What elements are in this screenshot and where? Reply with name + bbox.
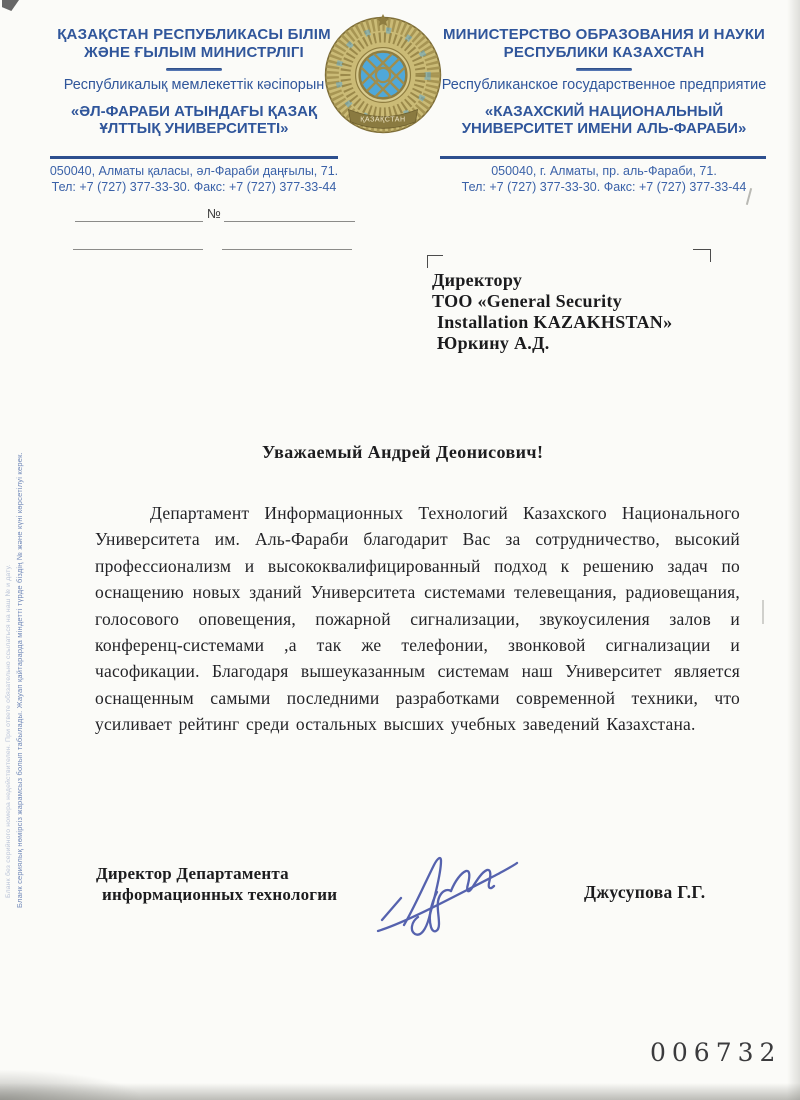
handwritten-signature — [370, 836, 522, 950]
recipient-line: Юркину А.Д. — [432, 333, 672, 354]
signer-name: Джусупова Г.Г. — [584, 882, 705, 903]
address-block-kk: 050040, Алматы қаласы, әл-Фараби даңғылы… — [44, 164, 344, 195]
recipient-block: Директору ТОО «General Security Installa… — [432, 270, 672, 354]
emblem-banner-text: ҚАЗАҚСТАН — [360, 116, 405, 124]
recipient-line: Директору — [432, 270, 672, 291]
org-type-ru: Республиканское государственное предприя… — [438, 77, 770, 94]
number-sign: № — [207, 206, 221, 221]
scan-edge-bottom — [0, 1083, 800, 1100]
scanned-letter-page: Бланк сериялық нөмірсіз жарамсыз болып т… — [0, 0, 800, 1100]
recipient-corner-mark-right — [693, 249, 711, 262]
reply-date-blank-line — [73, 249, 203, 250]
scan-edge-right — [787, 0, 800, 1100]
side-note-kazakh: Бланк сериялық нөмірсіз жарамсыз болып т… — [15, 452, 24, 908]
scan-edge-tick — [762, 600, 764, 624]
address-block-ru: 050040, г. Алматы, пр. аль-Фараби, 71. Т… — [436, 164, 772, 195]
scan-corner-mark — [2, 0, 19, 11]
university-name-ru: «КАЗАХСКИЙ НАЦИОНАЛЬНЫЙ УНИВЕРСИТЕТ ИМЕН… — [438, 103, 770, 138]
letterhead-divider-ru — [576, 68, 632, 71]
address-line-ru: 050040, г. Алматы, пр. аль-Фараби, 71. — [436, 164, 772, 180]
letterhead-kazakh-column: ҚАЗАҚСТАН РЕСПУБЛИКАСЫ БІЛІМ ЖӘНЕ ҒЫЛЫМ … — [48, 26, 340, 138]
salutation: Уважаемый Андрей Деонисович! — [262, 442, 543, 463]
letterhead-divider-kk — [166, 68, 222, 71]
recipient-line: Installation KAZAKHSTAN» — [432, 312, 672, 333]
signer-position: Директор Департамента информационных тех… — [96, 864, 337, 905]
letterhead-rule-left — [50, 156, 338, 159]
org-type-kk: Республикалық мемлекеттік кәсіпорын — [48, 77, 340, 94]
recipient-line: ТОО «General Security — [432, 291, 672, 312]
kazakhstan-emblem-icon: ҚАЗАҚСТАН — [322, 12, 444, 140]
reply-number-blank-line — [222, 249, 352, 250]
recipient-corner-mark-left — [427, 255, 443, 268]
signer-position-line2: информационных технологии — [96, 885, 337, 906]
date-blank-line — [75, 221, 203, 222]
phone-line-ru: Тел: +7 (727) 377-33-30. Факс: +7 (727) … — [436, 180, 772, 196]
side-note-russian: Бланк без серийного номера недействителе… — [5, 564, 12, 898]
ministry-name-kk: ҚАЗАҚСТАН РЕСПУБЛИКАСЫ БІЛІМ ЖӘНЕ ҒЫЛЫМ … — [48, 26, 340, 61]
ministry-name-ru: МИНИСТЕРСТВО ОБРАЗОВАНИЯ И НАУКИ РЕСПУБЛ… — [438, 26, 770, 61]
phone-line-kk: Тел: +7 (727) 377-33-30. Факс: +7 (727) … — [44, 180, 344, 196]
number-blank-line — [224, 221, 355, 222]
letterhead-russian-column: МИНИСТЕРСТВО ОБРАЗОВАНИЯ И НАУКИ РЕСПУБЛ… — [438, 26, 770, 138]
university-name-kk: «ӘЛ-ФАРАБИ АТЫНДАҒЫ ҚАЗАҚ ҰЛТТЫҚ УНИВЕРС… — [48, 103, 340, 138]
address-line-kk: 050040, Алматы қаласы, әл-Фараби даңғылы… — [44, 164, 344, 180]
form-serial-number: 006732 — [650, 1038, 781, 1067]
letter-body-paragraph: Департамент Информационных Технологий Ка… — [95, 500, 740, 738]
letterhead-rule-right — [440, 156, 766, 159]
signer-position-line1: Директор Департамента — [96, 864, 337, 885]
